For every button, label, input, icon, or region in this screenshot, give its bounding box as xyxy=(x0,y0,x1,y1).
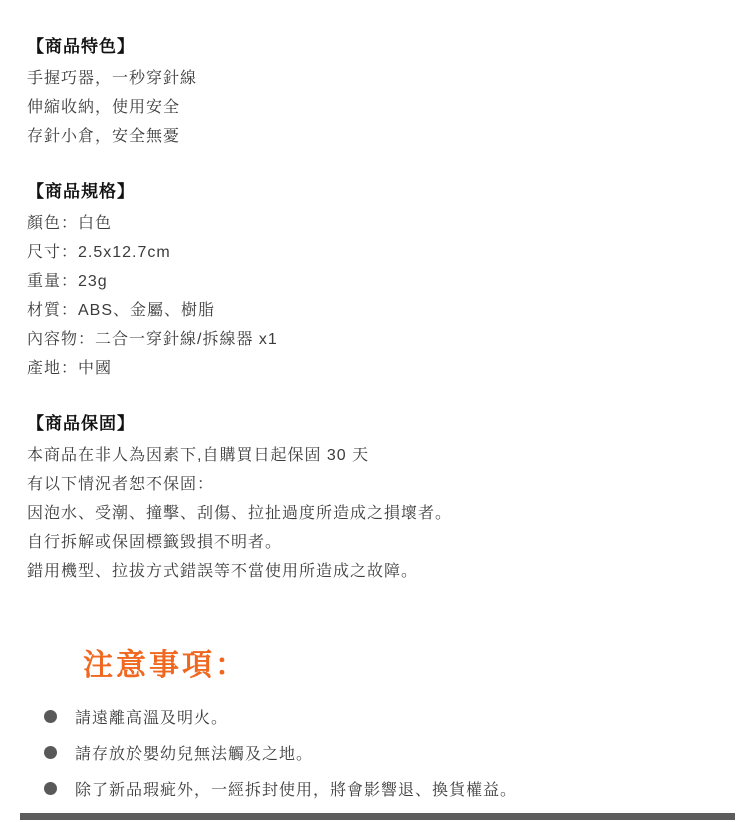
bullet-dot-icon xyxy=(44,782,57,795)
section-warranty: 【商品保固】 本商品在非人為因素下,自購買日起保固 30 天 有以下情況者恕不保… xyxy=(27,413,730,586)
notice-bullet-list: 請遠離高溫及明火。 請存放於嬰幼兒無法觸及之地。 除了新品瑕疵外，一經拆封使用，… xyxy=(44,706,730,798)
product-description-page: { "colors": { "heading_text": "#111111",… xyxy=(0,0,750,822)
feature-line: 手握巧器，一秒穿針線 xyxy=(27,64,730,93)
notice-bullet-item: 請存放於嬰幼兒無法觸及之地。 xyxy=(44,742,730,762)
specs-lines: 顏色：白色 尺寸：2.5x12.7cm 重量：23g 材質：ABS、金屬、樹脂 … xyxy=(27,209,730,383)
spec-line-weight: 重量：23g xyxy=(27,267,730,296)
warranty-line: 有以下情況者恕不保固： xyxy=(27,470,730,499)
warranty-line: 本商品在非人為因素下,自購買日起保固 30 天 xyxy=(27,441,730,470)
feature-line: 存針小倉，安全無憂 xyxy=(27,122,730,151)
spec-line-origin: 產地：中國 xyxy=(27,354,730,383)
features-heading: 【商品特色】 xyxy=(27,36,730,58)
spec-line-color: 顏色：白色 xyxy=(27,209,730,238)
feature-line: 伸縮收納，使用安全 xyxy=(27,93,730,122)
specs-heading: 【商品規格】 xyxy=(27,181,730,203)
warranty-line: 錯用機型、拉拔方式錯誤等不當使用所造成之故障。 xyxy=(27,557,730,586)
features-lines: 手握巧器，一秒穿針線 伸縮收納，使用安全 存針小倉，安全無憂 xyxy=(27,64,730,151)
bottom-divider-bar xyxy=(20,813,735,820)
warranty-heading: 【商品保固】 xyxy=(27,413,730,435)
spec-line-material: 材質：ABS、金屬、樹脂 xyxy=(27,296,730,325)
notice-heading: 注意事項： xyxy=(83,648,730,684)
notice-bullet-text: 請遠離高溫及明火。 xyxy=(75,705,228,728)
warranty-lines: 本商品在非人為因素下,自購買日起保固 30 天 有以下情況者恕不保固： 因泡水、… xyxy=(27,441,730,586)
spec-line-size: 尺寸：2.5x12.7cm xyxy=(27,238,730,267)
bullet-dot-icon xyxy=(44,710,57,723)
warranty-line: 自行拆解或保固標籤毀損不明者。 xyxy=(27,528,730,557)
bullet-dot-icon xyxy=(44,746,57,759)
warranty-line: 因泡水、受潮、撞擊、刮傷、拉扯過度所造成之損壞者。 xyxy=(27,499,730,528)
notice-bullet-text: 除了新品瑕疵外，一經拆封使用，將會影響退、換貨權益。 xyxy=(75,777,517,800)
section-features: 【商品特色】 手握巧器，一秒穿針線 伸縮收納，使用安全 存針小倉，安全無憂 xyxy=(27,36,730,151)
product-description-content: 【商品特色】 手握巧器，一秒穿針線 伸縮收納，使用安全 存針小倉，安全無憂 【商… xyxy=(0,0,750,798)
section-specs: 【商品規格】 顏色：白色 尺寸：2.5x12.7cm 重量：23g 材質：ABS… xyxy=(27,181,730,383)
notice-bullet-item: 請遠離高溫及明火。 xyxy=(44,706,730,726)
notice-bullet-item: 除了新品瑕疵外，一經拆封使用，將會影響退、換貨權益。 xyxy=(44,778,730,798)
spec-line-contents: 內容物：二合一穿針線/拆線器 x1 xyxy=(27,325,730,354)
notice-bullet-text: 請存放於嬰幼兒無法觸及之地。 xyxy=(75,741,313,764)
